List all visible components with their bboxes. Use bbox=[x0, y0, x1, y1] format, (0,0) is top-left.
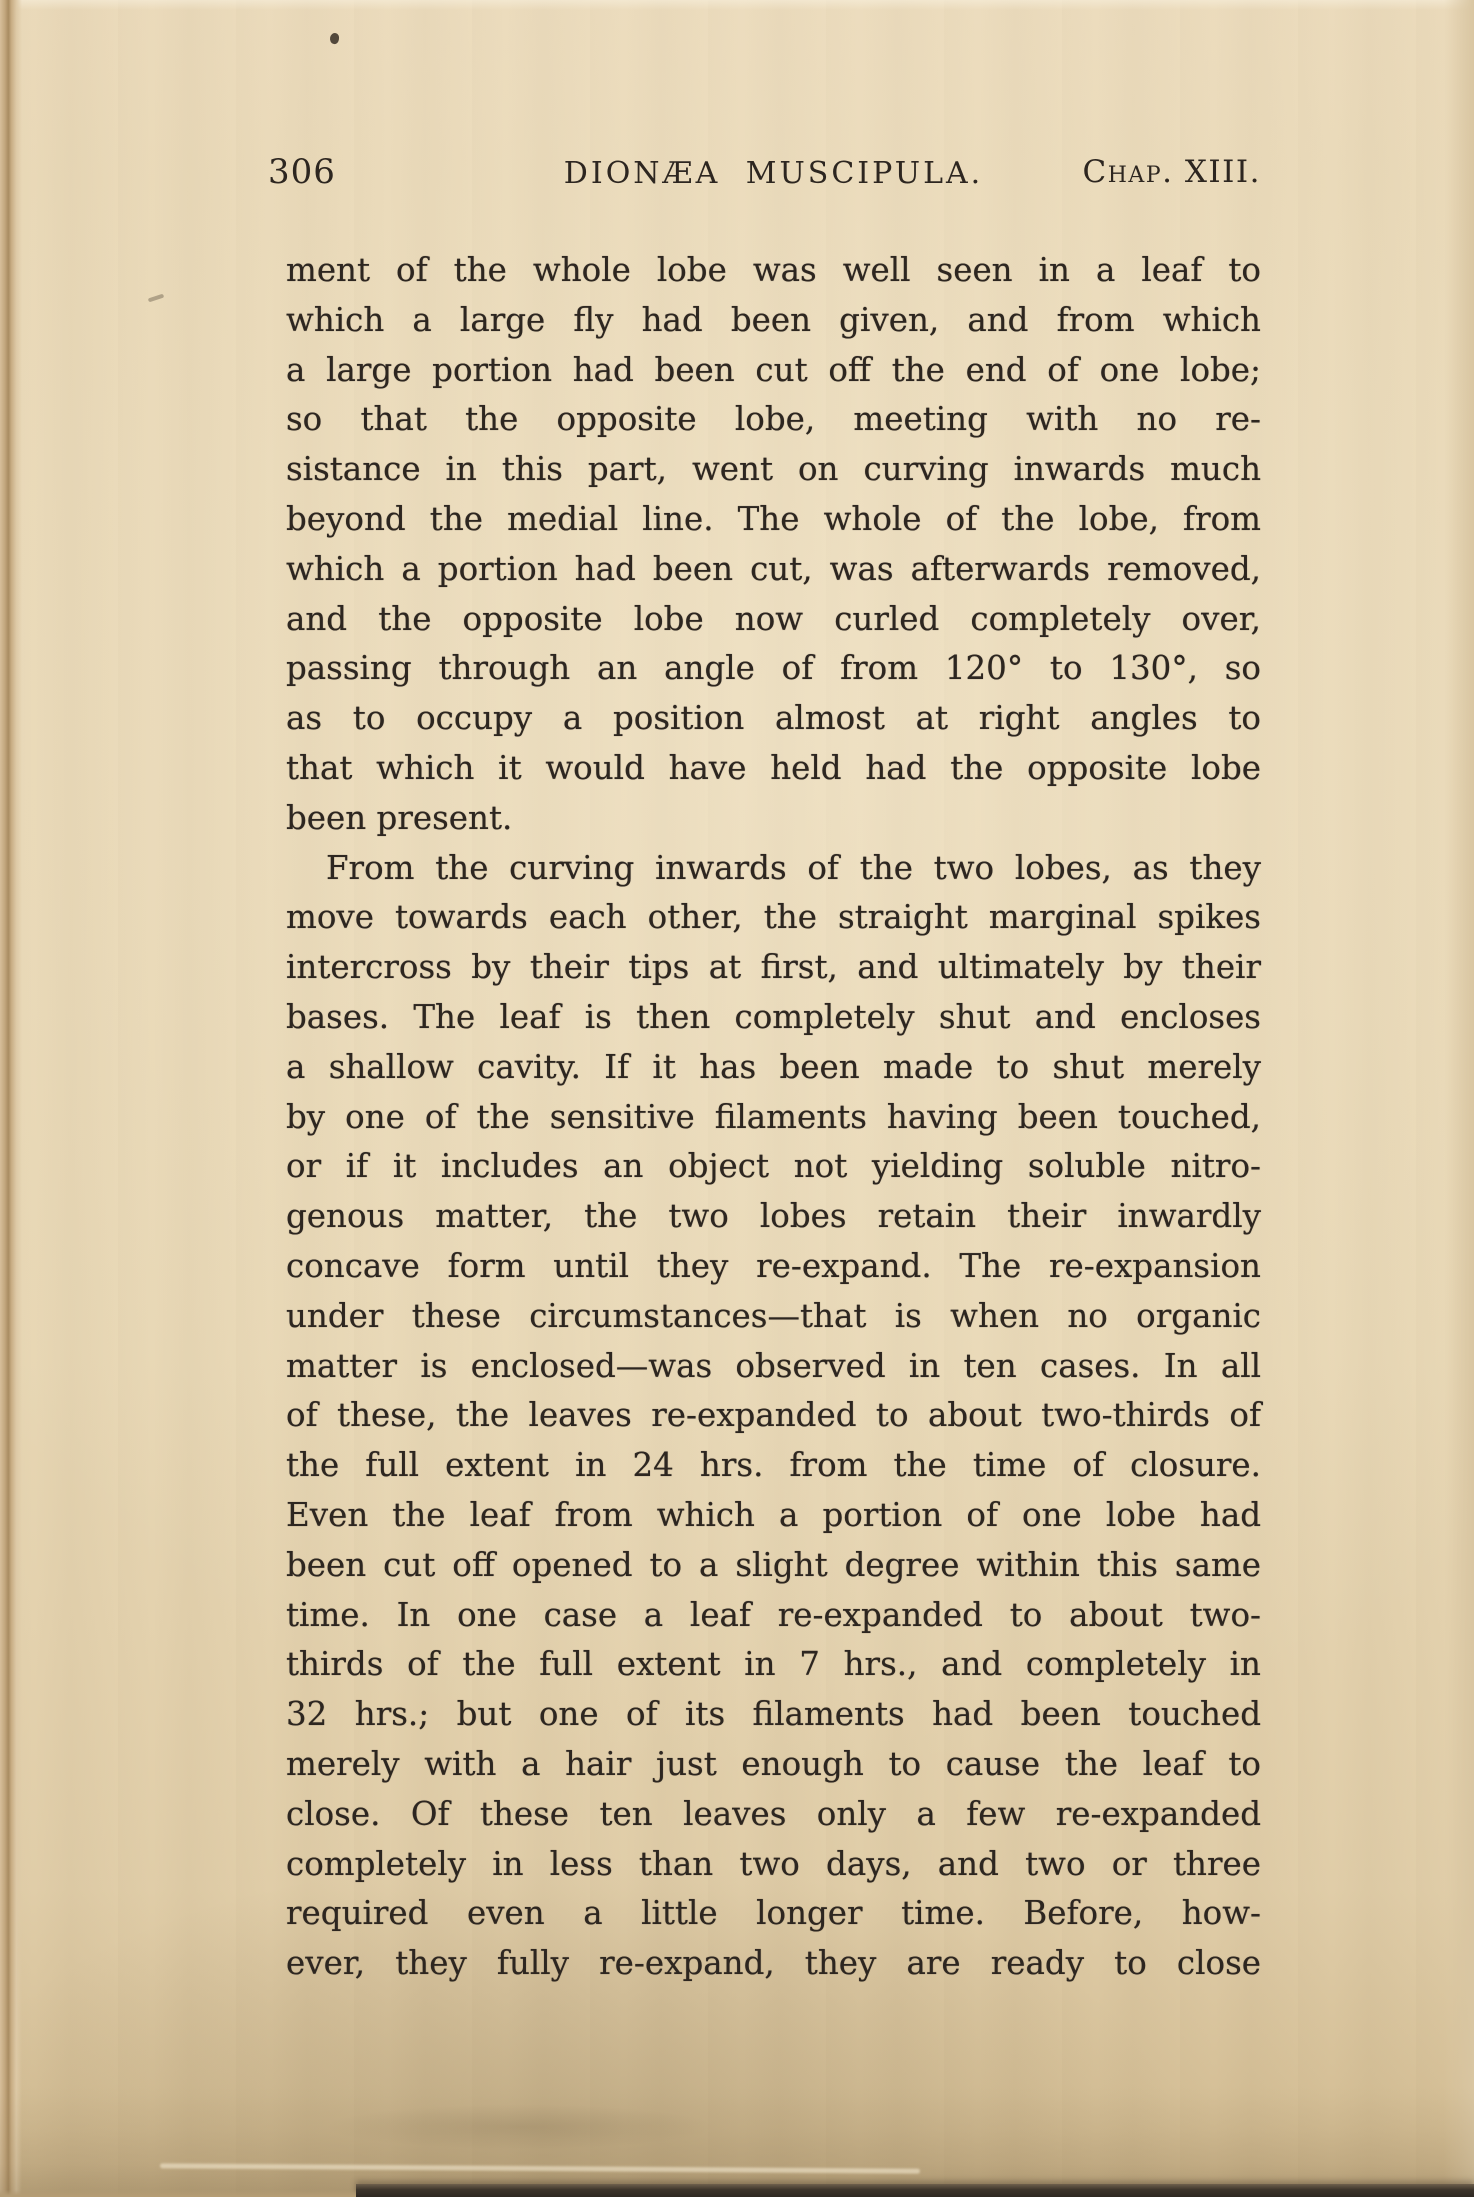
text-line: beyond the medial line. The whole of the… bbox=[286, 495, 1261, 545]
text-line: by one of the sensitive filaments having… bbox=[286, 1093, 1261, 1143]
text-line: sistance in this part, went on curving i… bbox=[286, 445, 1261, 495]
text-line: of these, the leaves re-expanded to abou… bbox=[286, 1391, 1261, 1441]
page-bottom-edge bbox=[356, 2184, 1474, 2197]
ink-speck bbox=[329, 32, 340, 45]
text-line: merely with a hair just enough to cause … bbox=[286, 1740, 1261, 1790]
text-line: which a portion had been cut, was afterw… bbox=[286, 545, 1261, 595]
text-line: ever, they fully re-expand, they are rea… bbox=[286, 1939, 1261, 1989]
text-line: or if it includes an object not yielding… bbox=[286, 1142, 1261, 1192]
text-line: which a large fly had been given, and fr… bbox=[286, 296, 1261, 346]
text-line: so that the opposite lobe, meeting with … bbox=[286, 395, 1261, 445]
text-line: the full extent in 24 hrs. from the time… bbox=[286, 1441, 1261, 1491]
chapter-header: Chap. XIII. bbox=[286, 154, 1261, 190]
text-line: completely in less than two days, and tw… bbox=[286, 1840, 1261, 1890]
page-body: ment of the whole lobe was well seen in … bbox=[286, 246, 1261, 1989]
text-line: a shallow cavity. If it has been made to… bbox=[286, 1043, 1261, 1093]
paper-smudge bbox=[260, 2097, 780, 2157]
text-line: and the opposite lobe now curled complet… bbox=[286, 595, 1261, 645]
text-line: time. In one case a leaf re-expanded to … bbox=[286, 1591, 1261, 1641]
text-line: a large portion had been cut off the end… bbox=[286, 346, 1261, 396]
text-line: under these circumstances—that is when n… bbox=[286, 1292, 1261, 1342]
text-line: close. Of these ten leaves only a few re… bbox=[286, 1790, 1261, 1840]
text-line: bases. The leaf is then completely shut … bbox=[286, 993, 1261, 1043]
text-line: From the curving inwards of the two lobe… bbox=[286, 844, 1261, 894]
text-line: intercross by their tips at first, and u… bbox=[286, 943, 1261, 993]
page-bottom-edge-left bbox=[0, 2190, 356, 2197]
text-line: ment of the whole lobe was well seen in … bbox=[286, 246, 1261, 296]
text-line: required even a little longer time. Befo… bbox=[286, 1889, 1261, 1939]
text-line: 32 hrs.; but one of its filaments had be… bbox=[286, 1690, 1261, 1740]
text-line: been cut off opened to a slight degree w… bbox=[286, 1541, 1261, 1591]
paragraph: From the curving inwards of the two lobe… bbox=[286, 844, 1261, 1989]
page-right-edge bbox=[1444, 0, 1474, 2197]
text-line: genous matter, the two lobes retain thei… bbox=[286, 1192, 1261, 1242]
paragraph: ment of the whole lobe was well seen in … bbox=[286, 246, 1261, 844]
text-line: that which it would have held had the op… bbox=[286, 744, 1261, 794]
text-line: as to occupy a position almost at right … bbox=[286, 694, 1261, 744]
text-line: been present. bbox=[286, 794, 1261, 844]
text-line: Even the leaf from which a portion of on… bbox=[286, 1491, 1261, 1541]
text-line: move towards each other, the straight ma… bbox=[286, 893, 1261, 943]
book-page: 306 DIONÆA MUSCIPULA. Chap. XIII. ment o… bbox=[0, 0, 1474, 2197]
text-line: thirds of the full extent in 7 hrs., and… bbox=[286, 1640, 1261, 1690]
text-line: passing through an angle of from 120° to… bbox=[286, 644, 1261, 694]
margin-mark bbox=[148, 294, 164, 303]
page-top-edge bbox=[0, 0, 1474, 10]
text-line: concave form until they re-expand. The r… bbox=[286, 1242, 1261, 1292]
page-left-edge bbox=[0, 0, 22, 2197]
text-line: matter is enclosed—was observed in ten c… bbox=[286, 1342, 1261, 1392]
